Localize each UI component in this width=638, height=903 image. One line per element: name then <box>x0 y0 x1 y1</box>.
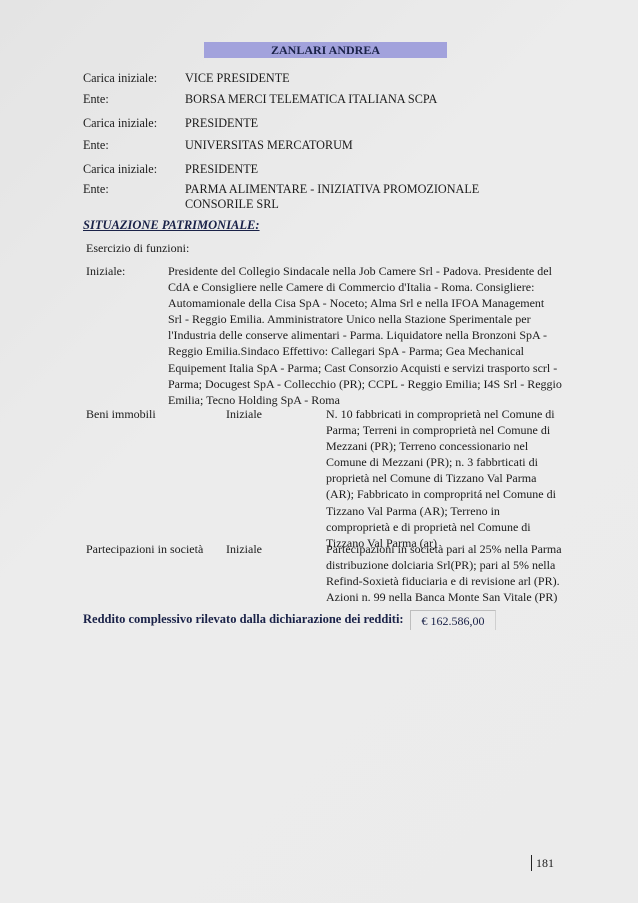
text-line: (AR); Fabbricato in compropritá nel Comu… <box>326 486 556 502</box>
text-line: Comune di Mezzani (PR); n. 3 fabbrticati… <box>326 454 556 470</box>
carica-label: Carica iniziale: <box>83 161 157 177</box>
carica-value: VICE PRESIDENTE <box>185 70 290 86</box>
text-line: CdA e Consigliere nelle Camere di Commer… <box>168 279 562 295</box>
text-line: proprietà nel Comune di Tizzano Val Parm… <box>326 470 556 486</box>
reddito-value-box: € 162.586,00 <box>410 610 496 630</box>
beni-immobili-description: N. 10 fabbricati in comproprietà nel Com… <box>326 406 556 551</box>
ente-value: BORSA MERCI TELEMATICA ITALIANA SCPA <box>185 91 437 107</box>
beni-immobili-label: Beni immobili <box>86 406 156 422</box>
text-line: Parma; Terreni in comproprietà nel Comun… <box>326 422 556 438</box>
text-line: Tizzano Val Parma (AR); Terreno in <box>326 503 556 519</box>
text-line: Refind-Soxietà fiduciaria e di revisione… <box>326 573 562 589</box>
ente-label: Ente: <box>83 137 109 153</box>
text-line: Automamionale della Cisa SpA - Noceto; A… <box>168 295 562 311</box>
partecipazioni-phase: Iniziale <box>226 541 262 557</box>
person-name-banner: ZANLARI ANDREA <box>204 42 447 58</box>
beni-immobili-phase: Iniziale <box>226 406 262 422</box>
carica-value: PRESIDENTE <box>185 161 258 177</box>
ente-value: PARMA ALIMENTARE - INIZIATIVA PROMOZIONA… <box>185 181 479 197</box>
document-page: ZANLARI ANDREA Carica iniziale: VICE PRE… <box>0 0 638 903</box>
text-line: Presidente del Collegio Sindacale nella … <box>168 263 562 279</box>
text-line: Partecipazioni in società pari al 25% ne… <box>326 541 562 557</box>
iniziale-label: Iniziale: <box>86 263 125 279</box>
carica-label: Carica iniziale: <box>83 115 157 131</box>
page-number: 181 <box>531 855 554 871</box>
text-line: Azioni n. 99 nella Banca Monte San Vital… <box>326 589 562 605</box>
ente-value-continued: CONSORILE SRL <box>185 196 279 212</box>
ente-label: Ente: <box>83 181 109 197</box>
esercizio-label: Esercizio di funzioni: <box>86 240 189 256</box>
ente-label: Ente: <box>83 91 109 107</box>
ente-value: UNIVERSITAS MERCATORUM <box>185 137 353 153</box>
text-line: N. 10 fabbricati in comproprietà nel Com… <box>326 406 556 422</box>
carica-label: Carica iniziale: <box>83 70 157 86</box>
partecipazioni-description: Partecipazioni in società pari al 25% ne… <box>326 541 562 605</box>
text-line: Reggio Emilia.Sindaco Effettivo: Callega… <box>168 343 562 359</box>
text-line: comproprietà e di proprietà nel Comune d… <box>326 519 556 535</box>
text-line: l'Industria delle conserve alimentari - … <box>168 327 562 343</box>
text-line: distribuzione dolciaria Srl(PR); pari al… <box>326 557 562 573</box>
iniziale-description: Presidente del Collegio Sindacale nella … <box>168 263 562 408</box>
reddito-label: Reddito complessivo rilevato dalla dichi… <box>83 612 404 627</box>
carica-value: PRESIDENTE <box>185 115 258 131</box>
section-title-situazione-patrimoniale: SITUAZIONE PATRIMONIALE: <box>83 218 260 233</box>
text-line: Srl - Reggio Emilia. Amministratore Unic… <box>168 311 562 327</box>
text-line: Equipement Italia SpA - Parma; Cast Cons… <box>168 360 562 376</box>
text-line: Parma; Docugest SpA - Collecchio (PR); C… <box>168 376 562 392</box>
partecipazioni-label: Partecipazioni in società <box>86 541 203 557</box>
text-line: Mezzani (PR); Terreno concessionario nel <box>326 438 556 454</box>
